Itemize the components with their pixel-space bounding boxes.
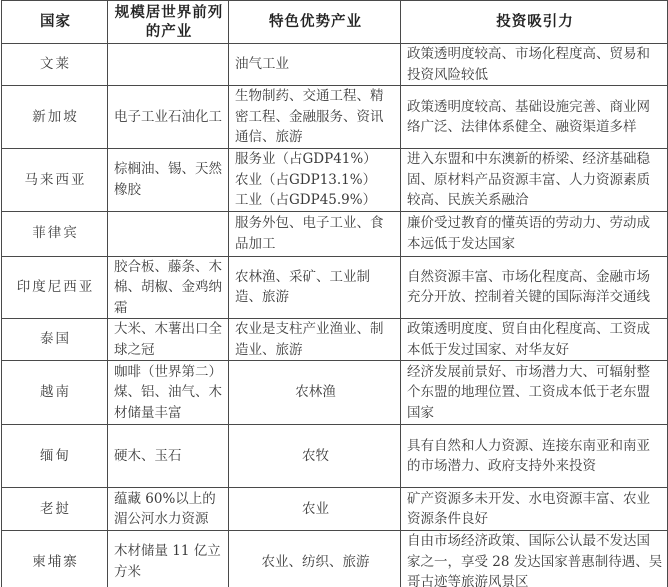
cell-featured: 农业是支柱产业渔业、制造业、旅游 xyxy=(229,319,401,361)
asean-investment-table: 国家 规模居世界前列的产业 特色优势产业 投资吸引力 文莱 油气工业 政策透明度… xyxy=(1,0,668,587)
cell-featured: 农业 xyxy=(229,488,401,531)
cell-leading: 大米、木薯出口全球之冠 xyxy=(108,319,229,361)
cell-featured: 农业、纺织、旅游 xyxy=(229,531,401,587)
cell-country: 马来西亚 xyxy=(2,149,108,212)
cell-leading: 咖啡（世界第二）煤、铝、油气、木材储量丰富 xyxy=(108,361,229,425)
cell-country: 老挝 xyxy=(2,488,108,531)
cell-attraction: 自然资源丰富、市场化程度高、金融市场充分开放、控制着关键的国际海洋交通线 xyxy=(401,256,668,319)
cell-country: 新加坡 xyxy=(2,86,108,149)
cell-featured: 油气工业 xyxy=(229,44,401,86)
cell-leading: 棕榈油、锡、天然橡胶 xyxy=(108,149,229,212)
cell-featured: 服务业（占GDP41%） 农业（占GDP13.1%） 工业（占GDP45.9%） xyxy=(229,149,401,212)
cell-country: 文莱 xyxy=(2,44,108,86)
cell-attraction: 矿产资源多未开发、水电资源丰富、农业资源条件良好 xyxy=(401,488,668,531)
cell-featured: 生物制药、交通工程、精密工程、金融服务、资讯通信、旅游 xyxy=(229,86,401,149)
cell-country: 越南 xyxy=(2,361,108,425)
cell-attraction: 进入东盟和中东澳新的桥梁、经济基础稳固、原材料产品资源丰富、人力资源素质较高、民… xyxy=(401,149,668,212)
header-country: 国家 xyxy=(2,1,108,44)
featured-line-agriculture: 农业（占GDP13.1%） xyxy=(235,170,396,191)
header-investment-attraction: 投资吸引力 xyxy=(401,1,668,44)
cell-leading: 胶合板、藤条、木棉、胡椒、金鸡纳霜 xyxy=(108,256,229,319)
cell-country: 柬埔寨 xyxy=(2,531,108,587)
table-row: 菲律宾 服务外包、电子工业、食品加工 廉价受过教育的懂英语的劳动力、劳动成本远低… xyxy=(2,211,668,256)
table-row: 泰国 大米、木薯出口全球之冠 农业是支柱产业渔业、制造业、旅游 政策透明度度、贸… xyxy=(2,319,668,361)
cell-leading: 电子工业石油化工 xyxy=(108,86,229,149)
cell-attraction: 政策透明度度、贸自由化程度高、工资成本低于发过国家、对华友好 xyxy=(401,319,668,361)
table-row: 缅甸 硬木、玉石 农牧 具有自然和人力资源、连接东南亚和南亚的市场潜力、政府支持… xyxy=(2,425,668,488)
table-row: 新加坡 电子工业石油化工 生物制药、交通工程、精密工程、金融服务、资讯通信、旅游… xyxy=(2,86,668,149)
table-row: 文莱 油气工业 政策透明度较高、市场化程度高、贸易和投资风险较低 xyxy=(2,44,668,86)
cell-attraction: 自由市场经济政策、国际公认最不发达国家之一，享受 28 发达国家普惠制待遇、吴哥… xyxy=(401,531,668,587)
cell-country: 印度尼西亚 xyxy=(2,256,108,319)
table-row: 印度尼西亚 胶合板、藤条、木棉、胡椒、金鸡纳霜 农林渔、采矿、工业制造、旅游 自… xyxy=(2,256,668,319)
table-row: 马来西亚 棕榈油、锡、天然橡胶 服务业（占GDP41%） 农业（占GDP13.1… xyxy=(2,149,668,212)
cell-featured: 农林渔、采矿、工业制造、旅游 xyxy=(229,256,401,319)
cell-attraction: 廉价受过教育的懂英语的劳动力、劳动成本远低于发达国家 xyxy=(401,211,668,256)
header-featured-industries: 特色优势产业 xyxy=(229,1,401,44)
featured-line-industry: 工业（占GDP45.9%） xyxy=(235,190,396,211)
table-row: 老挝 蕴藏 60%以上的湄公河水力资源 农业 矿产资源多未开发、水电资源丰富、农… xyxy=(2,488,668,531)
cell-featured: 农林渔 xyxy=(229,361,401,425)
cell-leading: 蕴藏 60%以上的湄公河水力资源 xyxy=(108,488,229,531)
cell-country: 菲律宾 xyxy=(2,211,108,256)
header-leading-industries: 规模居世界前列的产业 xyxy=(108,1,229,44)
cell-attraction: 具有自然和人力资源、连接东南亚和南亚的市场潜力、政府支持外来投资 xyxy=(401,425,668,488)
cell-featured: 服务外包、电子工业、食品加工 xyxy=(229,211,401,256)
table-row: 越南 咖啡（世界第二）煤、铝、油气、木材储量丰富 农林渔 经济发展前景好、市场潜… xyxy=(2,361,668,425)
cell-leading: 硬木、玉石 xyxy=(108,425,229,488)
cell-featured: 农牧 xyxy=(229,425,401,488)
featured-line-services: 服务业（占GDP41%） xyxy=(235,149,396,170)
cell-attraction: 政策透明度较高、基础设施完善、商业网络广泛、法律体系健全、融资渠道多样 xyxy=(401,86,668,149)
table-row: 柬埔寨 木材储量 11 亿立方米 农业、纺织、旅游 自由市场经济政策、国际公认最… xyxy=(2,531,668,587)
cell-leading xyxy=(108,211,229,256)
cell-country: 泰国 xyxy=(2,319,108,361)
cell-leading: 木材储量 11 亿立方米 xyxy=(108,531,229,587)
cell-leading xyxy=(108,44,229,86)
table-header-row: 国家 规模居世界前列的产业 特色优势产业 投资吸引力 xyxy=(2,1,668,44)
cell-attraction: 政策透明度较高、市场化程度高、贸易和投资风险较低 xyxy=(401,44,668,86)
cell-country: 缅甸 xyxy=(2,425,108,488)
cell-attraction: 经济发展前景好、市场潜力大、可辐射整个东盟的地理位置、工资成本低于老东盟国家 xyxy=(401,361,668,425)
